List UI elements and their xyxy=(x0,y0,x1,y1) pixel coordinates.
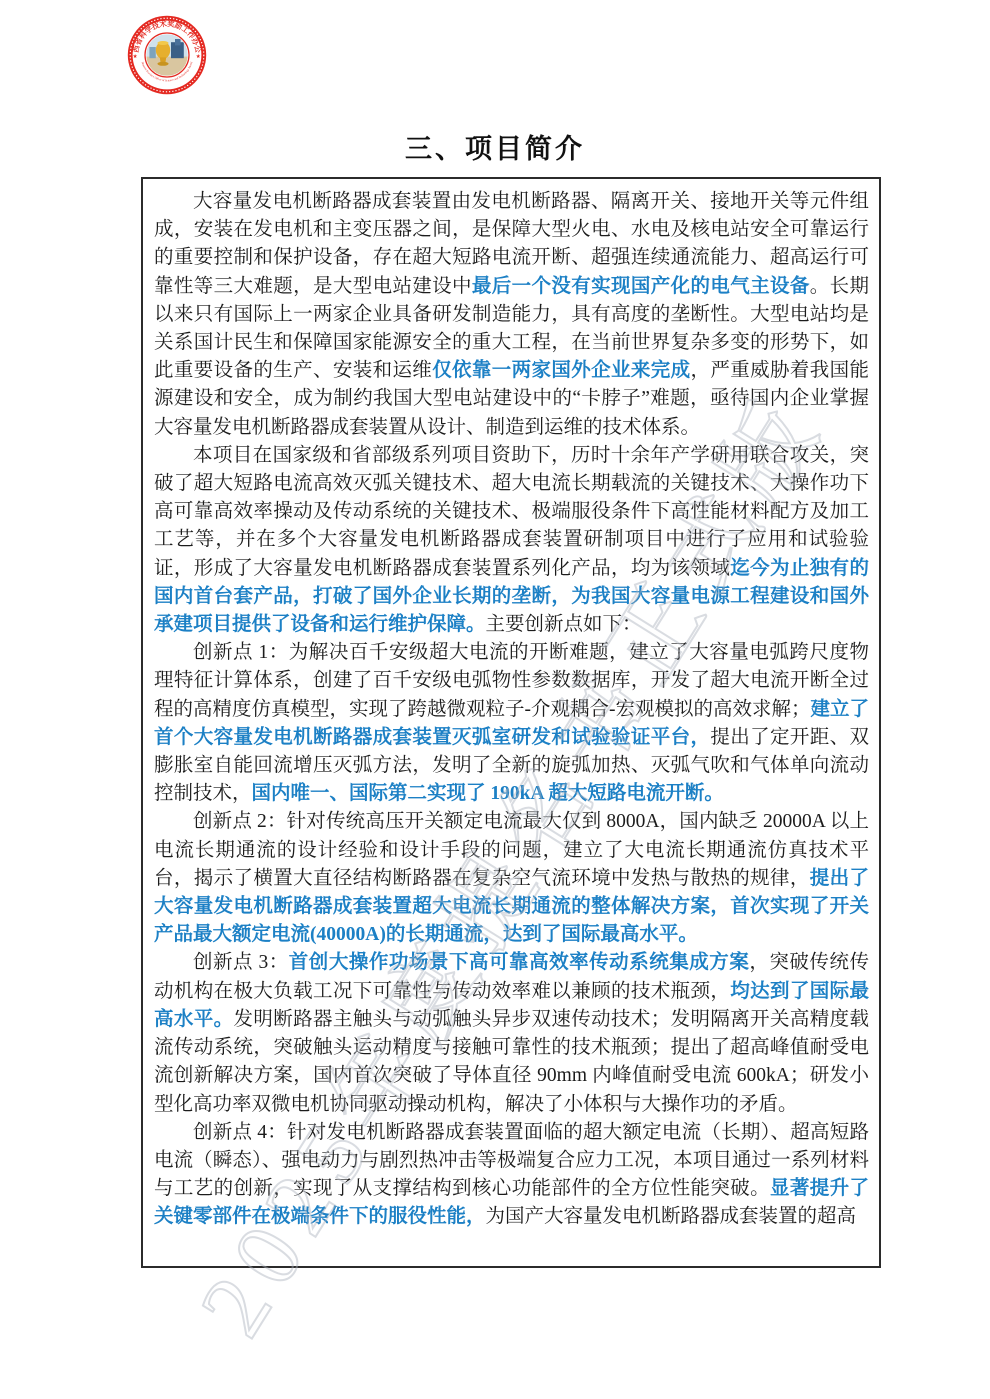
paragraph: 大容量发电机断路器成套装置由发电机断路器、隔离开关、接地开关等元件组成，安装在发… xyxy=(154,188,869,442)
body-text: 创新点 4：针对发电机断路器成套装置面临的超大额定电流（长期）、超高短路电流（瞬… xyxy=(154,1122,869,1199)
body-text: 创新点 2：针对传统高压开关额定电流最大仅到 8000A，国内缺乏 20000A… xyxy=(154,811,869,888)
paragraph: 创新点 3：首创大操作功场景下高可靠高效率传动系统集成方案，突破传统传动机构在极… xyxy=(154,949,869,1118)
highlighted-text: 国内唯一、国际第二实现了 190kA 超大短路电流开断。 xyxy=(252,783,724,804)
seal-graphic: 陕西省科学技术奖励工作办公室 Shaanxi Province Office o… xyxy=(127,15,207,95)
paragraph: 本项目在国家级和省部级系列项目资助下，历时十余年产学研用联合攻关，突破了超大短路… xyxy=(154,442,869,639)
highlighted-text: 首创大操作功场景下高可靠高效率传动系统集成方案 xyxy=(289,952,750,973)
highlighted-text: 最后一个没有实现国产化的电气主设备 xyxy=(472,276,810,297)
body-text: 主要创新点如下： xyxy=(486,614,642,635)
project-summary-box: 大容量发电机断路器成套装置由发电机断路器、隔离开关、接地开关等元件组成，安装在发… xyxy=(141,177,881,1268)
body-text: 创新点 3： xyxy=(193,952,289,973)
paragraph: 创新点 2：针对传统高压开关额定电流最大仅到 8000A，国内缺乏 20000A… xyxy=(154,808,869,949)
seal-right-star-icon: ★ xyxy=(196,53,201,60)
organization-seal-logo: 陕西省科学技术奖励工作办公室 Shaanxi Province Office o… xyxy=(127,15,207,95)
highlighted-text: 仅依靠一两家国外企业来完成 xyxy=(432,360,690,381)
body-text: 为国产大容量发电机断路器成套装置的超高 xyxy=(486,1206,857,1227)
paragraph: 创新点 4：针对发电机断路器成套装置面临的超大额定电流（长期）、超高短路电流（瞬… xyxy=(154,1119,869,1232)
document-page: 陕西省科学技术奖励工作办公室 Shaanxi Province Office o… xyxy=(0,0,990,1399)
body-paragraphs: 大容量发电机断路器成套装置由发电机断路器、隔离开关、接地开关等元件组成，安装在发… xyxy=(154,188,869,1232)
paragraph: 创新点 1：为解决百千安级超大电流的开断难题，建立了大容量电弧跨尺度物理特征计算… xyxy=(154,639,869,808)
seal-left-star-icon: ★ xyxy=(133,53,138,60)
page-title: 三、项目简介 xyxy=(0,127,990,166)
seal-center-image xyxy=(146,34,188,76)
body-text: 发明断路器主触头与动弧触头异步双速传动技术；发明隔离开关高精度载流传动系统，突破… xyxy=(154,1009,869,1115)
body-text: 创新点 1：为解决百千安级超大电流的开断难题，建立了大容量电弧跨尺度物理特征计算… xyxy=(154,642,869,719)
